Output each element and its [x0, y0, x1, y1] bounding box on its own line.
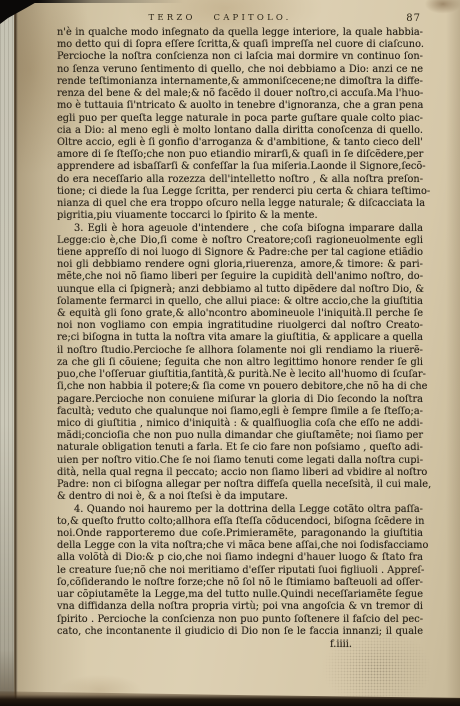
text-line: pigritia,piu viuamente toccarci lo ſpiri… — [57, 210, 423, 222]
text-line: uar cõpiutamẽte la Legge,ma del tutto nu… — [57, 589, 423, 601]
text-line: noi gli debbiamo rendere ogni gloria,riu… — [57, 259, 423, 271]
text-line: amore di ſe ſteſſo;che non puo etiandio … — [57, 149, 423, 161]
text-line: Oltre accio, egli è ſi gonfio d'arroganz… — [57, 137, 423, 149]
text-line: za che gli ſi cõuiene; ſeguita che non a… — [57, 357, 423, 369]
text-line: uien per noſtro vitio.Che ſe noi ſiamo t… — [57, 455, 423, 467]
text-line: noi.Onde rapporteremo due coſe.Primieram… — [57, 528, 423, 540]
page-header: TERZO CAPITOLO. 87 — [57, 13, 423, 27]
text-line: ſo,cõſiderando le noſtre forze;che nõ ſo… — [57, 577, 423, 589]
text-line: le creature ſue;nõ che noi meritiamo d'e… — [57, 565, 423, 577]
text-line: mo detto qui di ſopra eſſere ſcritta,& q… — [57, 39, 423, 51]
text-line: mo è tuttauia ſi'ntricato & auolto in te… — [57, 100, 423, 112]
text-line: & equità gli ſono grate,& allo'ncontro a… — [57, 308, 423, 320]
text-line: noi non vogliamo con empia ingratitudine… — [57, 320, 423, 332]
text-line: renza del bene & del male;& nõ facẽdo il… — [57, 88, 423, 100]
text-line: pagare.Percioche non conuiene miſurar la… — [57, 394, 423, 406]
text-line: tione; ci diede la ſua Legge ſcritta, pe… — [57, 186, 423, 198]
text-line: rende teſtimonianza internamente,& ammon… — [57, 76, 423, 88]
text-line: 3. Egli è hora ageuole d'intendere , che… — [57, 223, 423, 235]
text-line: to,& queſto frutto colto;allhora eſſa ſt… — [57, 516, 423, 528]
text-line: il noſtro ſtudio.Percioche ſe allhora ſo… — [57, 345, 423, 357]
photo-backdrop-top-edge — [0, 0, 460, 3]
text-line: nianza di quel che era troppo oſcuro nel… — [57, 198, 423, 210]
text-line: apprendere ad isbaſſarſi & confeſſar la … — [57, 161, 423, 173]
text-line: tiene appreſſo di noi luogo di Signore &… — [57, 247, 423, 259]
text-line: naturale obligation tenuti a farla. Et ſ… — [57, 442, 423, 454]
text-line: dità, nella qual regna il peccato; accio… — [57, 467, 423, 479]
text-line: no ſenza veruno ſentimento di quello, ch… — [57, 64, 423, 76]
book-page: TERZO CAPITOLO. 87 n'è in qualche modo i… — [0, 0, 460, 706]
text-line: 4. Quando noi hauremo per la dottrina de… — [57, 504, 423, 516]
text-line: uunque ella ci ſpignerà; anzi debbiamo a… — [57, 284, 423, 296]
text-line: ſolamente fermarci in quello, che allui … — [57, 296, 423, 308]
text-line: re;ci biſogna in tutta la noſtra vita am… — [57, 332, 423, 344]
text-line: della Legge con la vita noſtra;che vi mã… — [57, 540, 423, 552]
text-line: & dentro di noi è, & a noi ſteſsi è da i… — [57, 491, 423, 503]
text-line: mãdi;concioſia che non puo nulla dimanda… — [57, 430, 423, 442]
text-line: vna diffidanza della noſtra propria virt… — [57, 601, 423, 613]
underlying-page-edges — [0, 0, 14, 706]
fingerprint-smudge — [322, 628, 432, 706]
gutter-shadow — [18, 0, 88, 706]
folio-number: 87 — [406, 13, 421, 24]
text-line: do era neceſſario alla rozezza dell'inte… — [57, 174, 423, 186]
text-line: Padre: non ci biſogna allegar per noſtra… — [57, 479, 423, 491]
text-line: Percioche la noſtra conſcienza non ci la… — [57, 51, 423, 63]
text-line: ſpirito . Percioche la conſcienza non pu… — [57, 614, 423, 626]
text-line: cia a Dio: al meno egli è molto lontano … — [57, 125, 423, 137]
text-line: mẽte,che noi nõ ſiamo liberi per ſeguire… — [57, 271, 423, 283]
text-line: alla volõtà di Dio:& p cio,che noi ſiamo… — [57, 552, 423, 564]
text-line: puo,che l'oſſeruar giuſtitia,ſantità,& p… — [57, 369, 423, 381]
scanned-book-photo: TERZO CAPITOLO. 87 n'è in qualche modo i… — [0, 0, 460, 706]
text-line: mico di giuſtitia , nimico d'iniquità : … — [57, 418, 423, 430]
text-line: facultà; veduto che qualunque noi ſiamo,… — [57, 406, 423, 418]
running-title: TERZO CAPITOLO. — [148, 13, 291, 23]
text-line: Legge:cio è,che Dio,ſi come è noſtro Cre… — [57, 235, 423, 247]
page-right-edge-shading — [446, 0, 460, 706]
text-line: n'è in qualche modo inſegnato da quella … — [57, 27, 423, 39]
text-line: ſi,che non habbia il potere;& ſia come v… — [57, 381, 423, 393]
text-block: n'è in qualche modo inſegnato da quella … — [57, 27, 423, 651]
text-line: egli puo per queſta legge naturale in po… — [57, 113, 423, 125]
